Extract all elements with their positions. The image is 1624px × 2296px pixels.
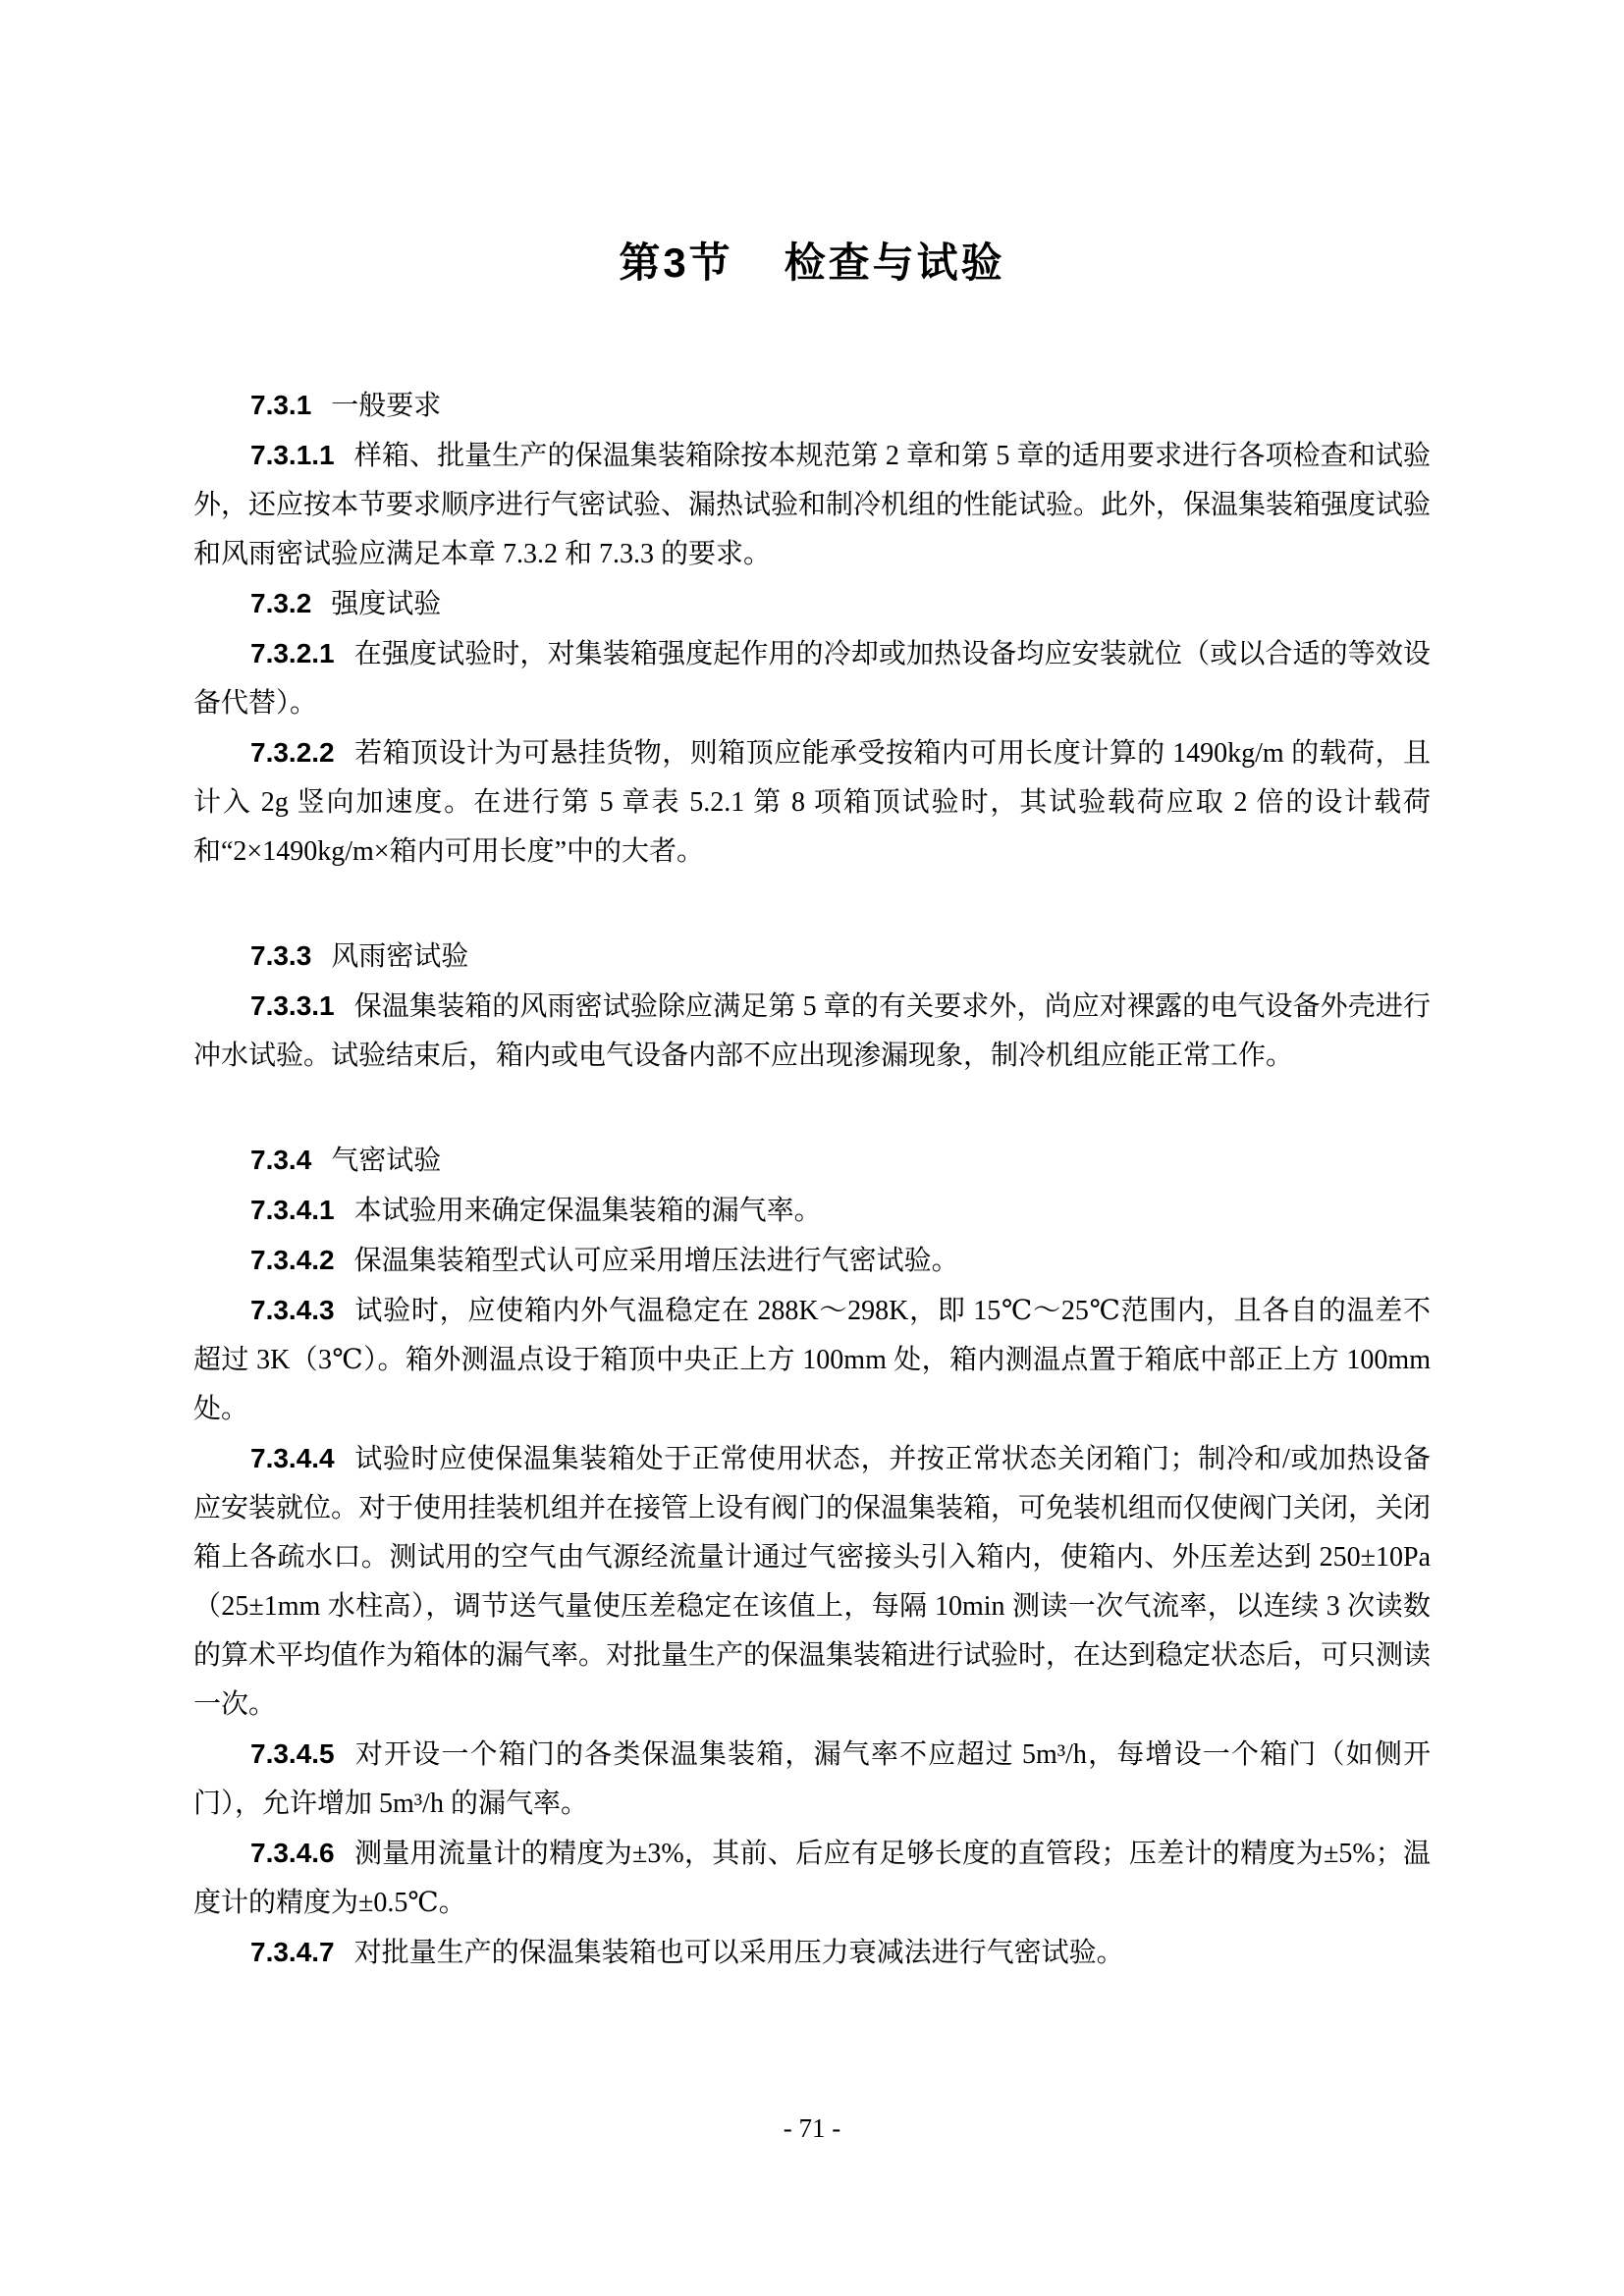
para-7-3-4-7: 7.3.4.7对批量生产的保温集装箱也可以采用压力衰减法进行气密试验。: [193, 1928, 1431, 1978]
clause-number: 7.3.2: [250, 588, 311, 618]
para-7-3-1-1: 7.3.1.1样箱、批量生产的保温集装箱除按本规范第 2 章和第 5 章的适用要…: [193, 431, 1431, 579]
clause-text: 试验时，应使箱内外气温稳定在 288K～298K，即 15℃～25℃范围内，且各…: [193, 1296, 1431, 1424]
clause-number: 7.3.4.1: [250, 1195, 335, 1225]
clause-text: 样箱、批量生产的保温集装箱除按本规范第 2 章和第 5 章的适用要求进行各项检查…: [193, 441, 1431, 569]
clause-text: 气密试验: [331, 1146, 441, 1176]
page-number: - 71 -: [0, 2110, 1624, 2146]
heading-7-3-2: 7.3.2强度试验: [193, 579, 1431, 629]
clause-text: 若箱顶设计为可悬挂货物，则箱顶应能承受按箱内可用长度计算的 1490kg/m 的…: [193, 738, 1431, 867]
clause-number: 7.3.2.2: [250, 737, 335, 768]
clause-text: 在强度试验时，对集装箱强度起作用的冷却或加热设备均应安装就位（或以合适的等效设备…: [193, 639, 1431, 719]
clause-text: 测量用流量计的精度为±3%，其前、后应有足够长度的直管段；压差计的精度为±5%；…: [193, 1839, 1431, 1918]
document-page: 第3节检查与试验 7.3.1一般要求 7.3.1.1样箱、批量生产的保温集装箱除…: [0, 0, 1624, 2296]
heading-7-3-3: 7.3.3风雨密试验: [193, 932, 1431, 982]
clause-number: 7.3.4.4: [250, 1443, 335, 1473]
clause-text: 保温集装箱的风雨密试验除应满足第 5 章的有关要求外，尚应对裸露的电气设备外壳进…: [193, 991, 1431, 1071]
para-7-3-2-2: 7.3.2.2若箱顶设计为可悬挂货物，则箱顶应能承受按箱内可用长度计算的 149…: [193, 728, 1431, 877]
section-number: 第3节: [619, 240, 732, 286]
clause-text: 对开设一个箱门的各类保温集装箱，漏气率不应超过 5m³/h，每增设一个箱门（如侧…: [193, 1739, 1431, 1819]
clause-number: 7.3.4.5: [250, 1738, 335, 1769]
section-title-text: 检查与试验: [785, 240, 1005, 286]
clause-number: 7.3.3.1: [250, 990, 335, 1021]
clause-number: 7.3.1.1: [250, 440, 335, 470]
heading-7-3-4: 7.3.4气密试验: [193, 1136, 1431, 1186]
para-7-3-4-5: 7.3.4.5对开设一个箱门的各类保温集装箱，漏气率不应超过 5m³/h，每增设…: [193, 1730, 1431, 1829]
para-7-3-4-6: 7.3.4.6测量用流量计的精度为±3%，其前、后应有足够长度的直管段；压差计的…: [193, 1829, 1431, 1928]
document-content: 7.3.1一般要求 7.3.1.1样箱、批量生产的保温集装箱除按本规范第 2 章…: [193, 381, 1431, 1978]
para-7-3-4-4: 7.3.4.4试验时应使保温集装箱处于正常使用状态，并按正常状态关闭箱门；制冷和…: [193, 1434, 1431, 1730]
clause-number: 7.3.1: [250, 390, 311, 420]
heading-7-3-1: 7.3.1一般要求: [193, 381, 1431, 431]
para-7-3-4-2: 7.3.4.2保温集装箱型式认可应采用增压法进行气密试验。: [193, 1236, 1431, 1286]
page-title: 第3节检查与试验: [193, 239, 1431, 288]
clause-text: 一般要求: [331, 391, 441, 421]
clause-text: 强度试验: [331, 589, 441, 619]
para-7-3-3-1: 7.3.3.1保温集装箱的风雨密试验除应满足第 5 章的有关要求外，尚应对裸露的…: [193, 982, 1431, 1081]
clause-text: 保温集装箱型式认可应采用增压法进行气密试验。: [354, 1246, 959, 1276]
clause-number: 7.3.4.3: [250, 1295, 335, 1325]
clause-number: 7.3.4.7: [250, 1937, 335, 1967]
clause-number: 7.3.4.6: [250, 1838, 335, 1868]
para-7-3-4-3: 7.3.4.3试验时，应使箱内外气温稳定在 288K～298K，即 15℃～25…: [193, 1286, 1431, 1434]
para-7-3-4-1: 7.3.4.1本试验用来确定保温集装箱的漏气率。: [193, 1186, 1431, 1236]
clause-text: 本试验用来确定保温集装箱的漏气率。: [354, 1196, 822, 1226]
clause-number: 7.3.3: [250, 940, 311, 971]
clause-number: 7.3.4.2: [250, 1245, 335, 1275]
clause-text: 对批量生产的保温集装箱也可以采用压力衰减法进行气密试验。: [354, 1938, 1124, 1968]
clause-number: 7.3.2.1: [250, 638, 335, 668]
clause-number: 7.3.4: [250, 1145, 311, 1175]
para-7-3-2-1: 7.3.2.1在强度试验时，对集装箱强度起作用的冷却或加热设备均应安装就位（或以…: [193, 629, 1431, 728]
clause-text: 试验时应使保温集装箱处于正常使用状态，并按正常状态关闭箱门；制冷和/或加热设备应…: [193, 1444, 1431, 1720]
clause-text: 风雨密试验: [331, 941, 468, 972]
